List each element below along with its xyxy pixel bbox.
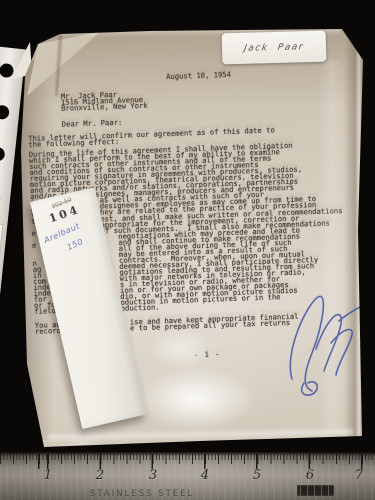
letter-recipient-address: Mr. Jack Paar 1516 Midland Avenue Bronxv… — [61, 91, 148, 112]
punch-hole-icon — [0, 63, 14, 78]
ruler-brand-text: STAINLESS STEEL — [90, 489, 194, 499]
ruler-number: 7 — [352, 468, 366, 483]
punch-hole-icon — [0, 105, 10, 120]
plastic-glare — [148, 328, 214, 370]
ruler-maker-stamp — [297, 485, 334, 496]
punch-hole-icon — [0, 146, 5, 161]
ruler-number: 6 — [303, 468, 317, 483]
letter-date: August 10, 1954 — [166, 72, 231, 80]
punch-hole-icon — [0, 190, 1, 205]
spine-label — [0, 222, 3, 274]
steel-ruler: 1 2 3 4 5 6 7 STAINLESS STEEL — [0, 452, 375, 500]
ruler-number: 4 — [198, 468, 212, 483]
plastic-glare — [138, 368, 253, 430]
ruler-number: 3 — [146, 468, 160, 483]
document-sleeve: August 10, 1954 Mr. Jack Paar 1516 Midla… — [0, 0, 375, 500]
letter-salutation: Dear Mr. Paar: — [62, 120, 123, 128]
ruler-number: 1 — [41, 468, 55, 483]
name-label-text: Jack Paar — [243, 42, 304, 54]
name-label: Jack Paar — [222, 31, 327, 65]
signature-scrawl — [276, 286, 372, 398]
photo-backdrop: { "labels": { "top_label": "Jack Paar", … — [0, 0, 375, 500]
ruler-ticks-inch — [0, 454, 375, 469]
tag-handwritten-number: 150 — [66, 237, 85, 252]
ruler-number: 2 — [93, 468, 107, 483]
ruler-number: 5 — [250, 468, 264, 483]
